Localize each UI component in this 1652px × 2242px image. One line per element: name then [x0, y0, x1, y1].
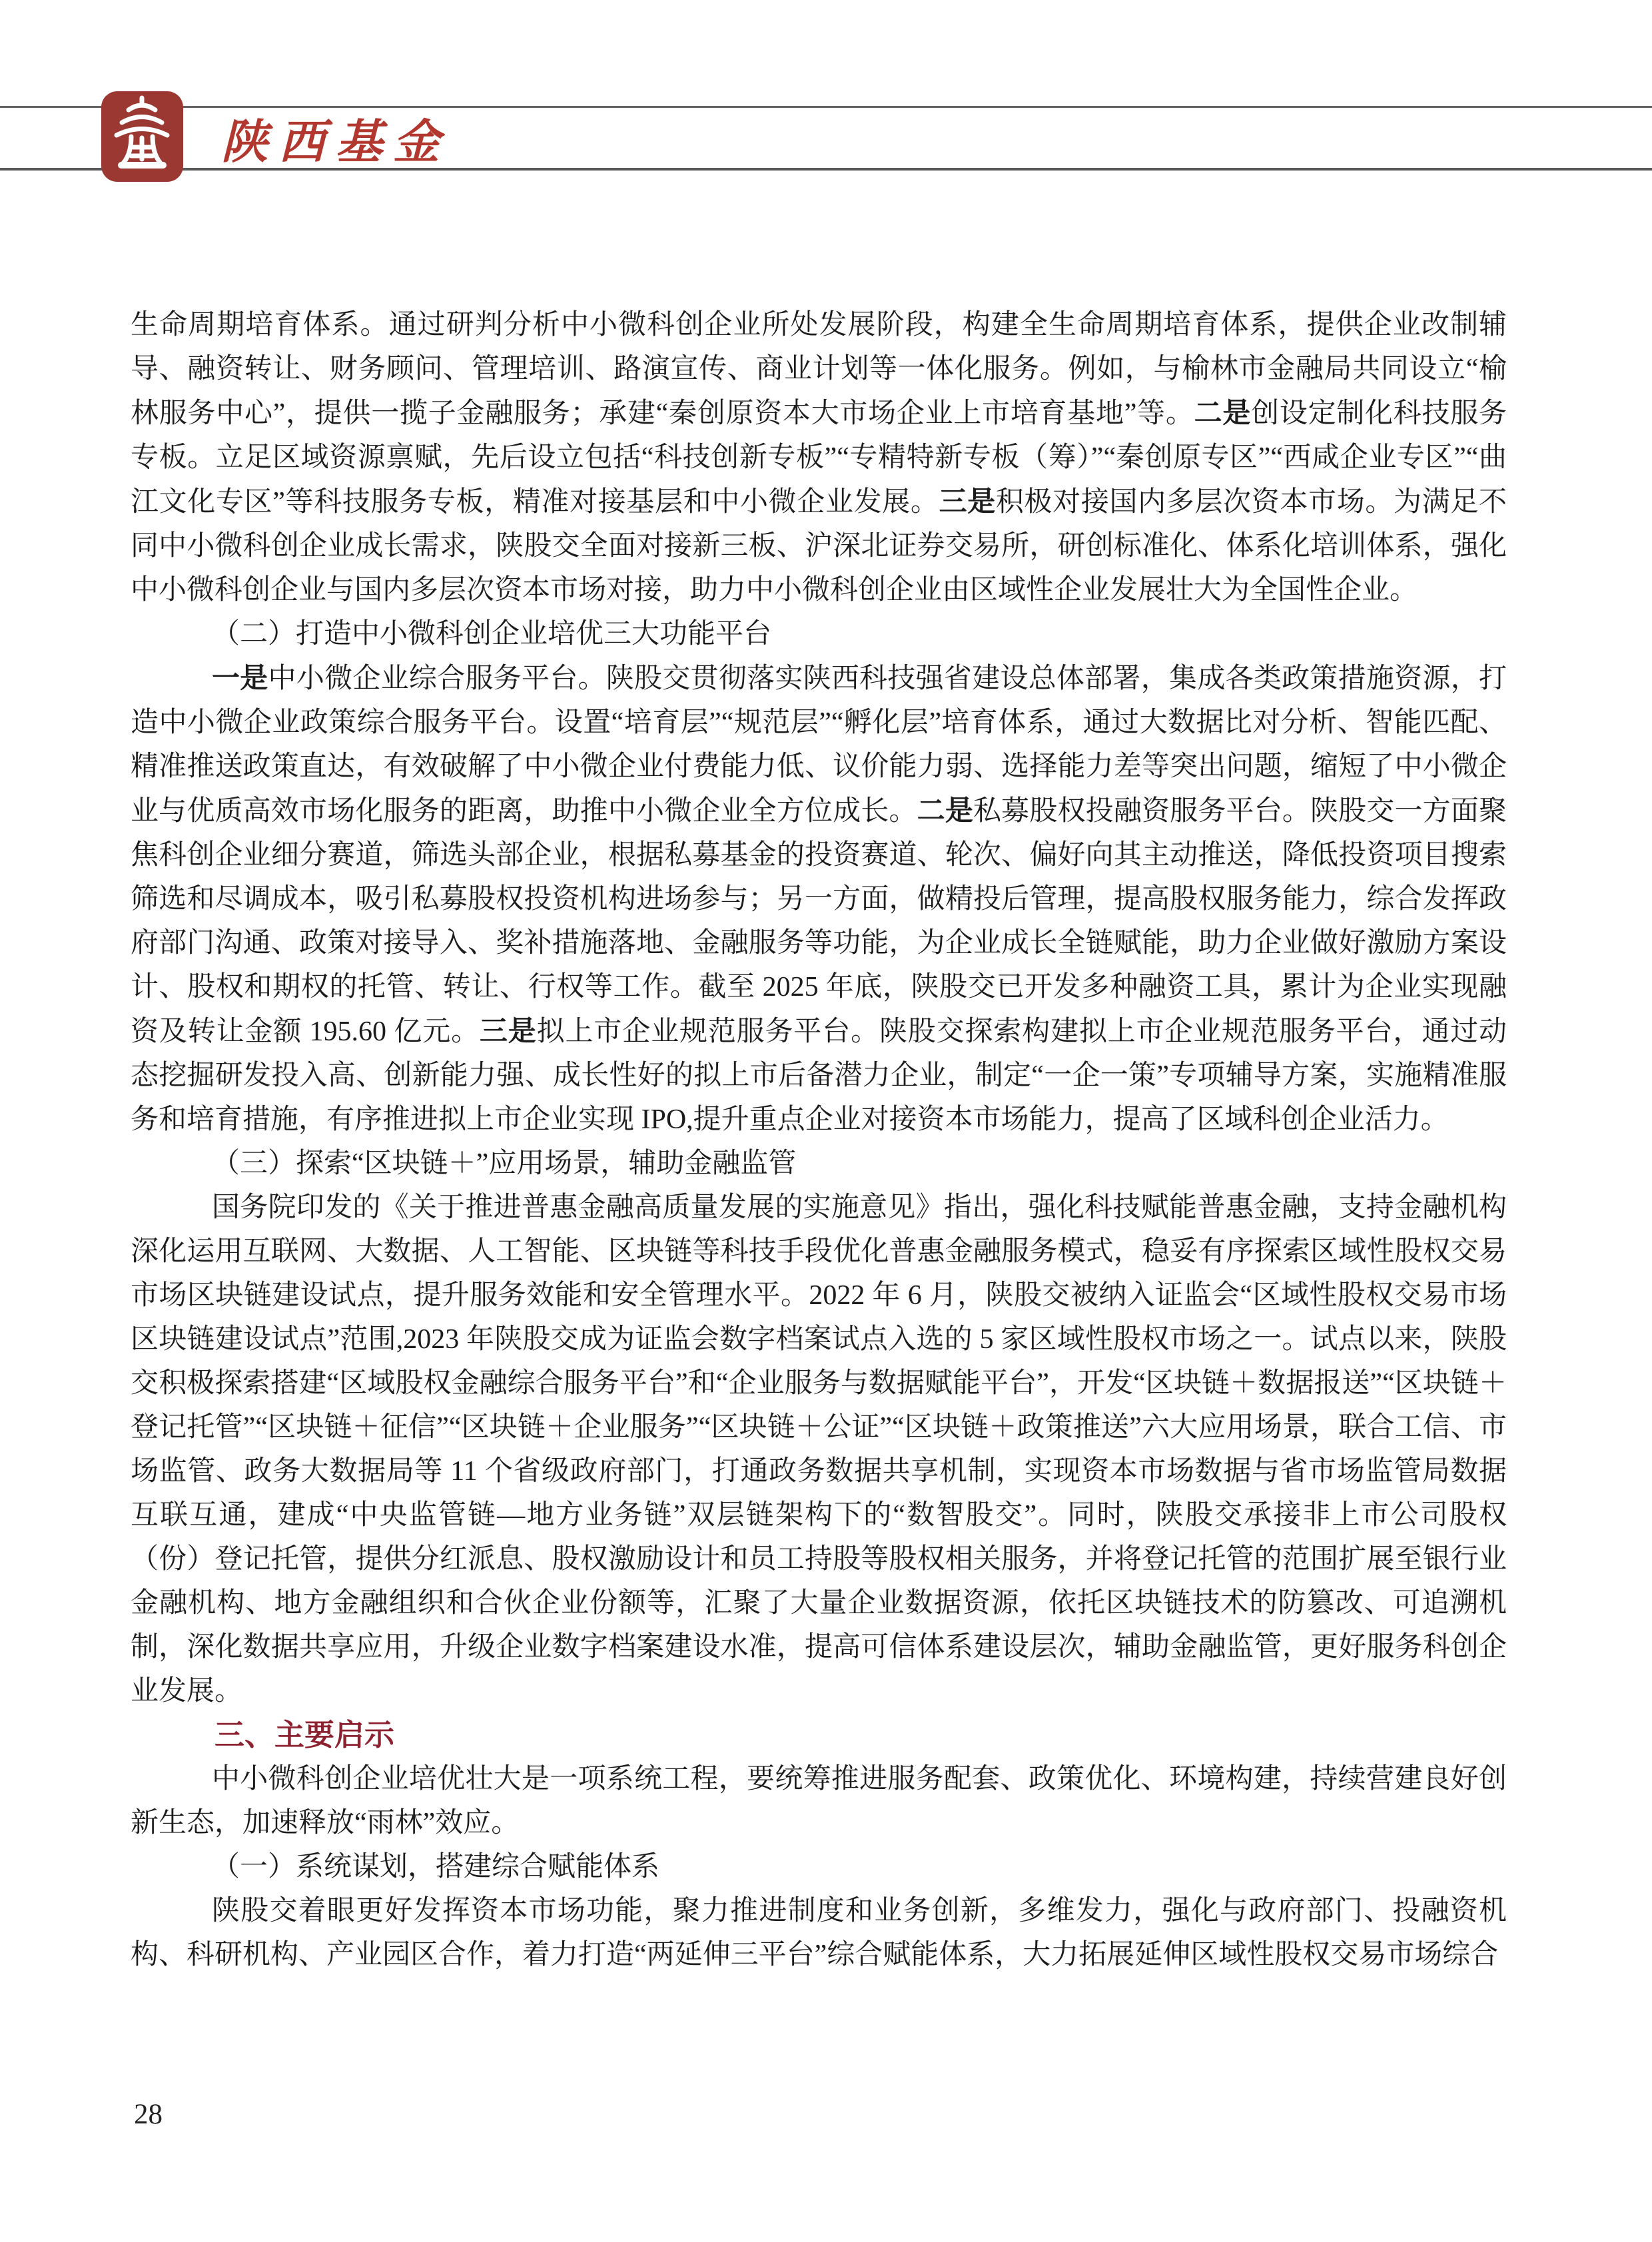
header-top-rule	[0, 106, 1652, 108]
paragraph: （二）打造中小微科创企业培优三大功能平台	[131, 612, 1507, 656]
article: 生命周期培育体系。通过研判分析中小微科创企业所处发展阶段，构建全生命周期培育体系…	[131, 303, 1507, 1977]
emphasis-marker: 三是	[939, 486, 996, 517]
paragraph: 国务院印发的《关于推进普惠金融高质量发展的实施意见》指出，强化科技赋能普惠金融，…	[131, 1186, 1507, 1713]
paragraph: （三）探索“区块链＋”应用场景，辅助金融监管	[131, 1142, 1507, 1186]
paragraph: 生命周期培育体系。通过研判分析中小微科创企业所处发展阶段，构建全生命周期培育体系…	[131, 303, 1507, 612]
text-run: 中小微科创企业培优壮大是一项系统工程，要统筹推进服务配套、政策优化、环境构建，持…	[131, 1764, 1507, 1838]
paragraph: （一）系统谋划，搭建综合赋能体系	[131, 1845, 1507, 1889]
emphasis-marker: 二是	[917, 795, 973, 826]
text-run: 陕股交着眼更好发挥资本市场功能，聚力推进制度和业务创新，多维发力，强化与政府部门…	[131, 1896, 1507, 1970]
paragraph: 一是中小微企业综合服务平台。陕股交贯彻落实陕西科技强省建设总体部署，集成各类政策…	[131, 656, 1507, 1142]
emphasis-marker: 二是	[1194, 397, 1251, 428]
paragraph: 中小微科创企业培优壮大是一项系统工程，要统筹推进服务配套、政策优化、环境构建，持…	[131, 1757, 1507, 1845]
masthead-title: 陕西基金	[221, 112, 450, 172]
page-number: 28	[134, 2098, 163, 2131]
text-run: （三）探索“区块链＋”应用场景，辅助金融监管	[212, 1148, 796, 1179]
text-run: 国务院印发的《关于推进普惠金融高质量发展的实施意见》指出，强化科技赋能普惠金融，…	[131, 1192, 1507, 1706]
section-heading: 三、主要启示	[214, 1713, 1507, 1757]
emphasis-marker: 一是	[212, 662, 268, 693]
text-run: （二）打造中小微科创企业培优三大功能平台	[212, 619, 771, 649]
text-run: 三、主要启示	[214, 1718, 394, 1752]
text-run: （一）系统谋划，搭建综合赋能体系	[212, 1852, 659, 1882]
magazine-page: 陕西基金 生命周期培育体系。通过研判分析中小微科创企业所处发展阶段，构建全生命周…	[0, 0, 1652, 2242]
text-run: 私募股权投融资服务平台。陕股交一方面聚焦科创企业细分赛道，筛选头部企业，根据私募…	[131, 796, 1507, 1047]
emphasis-marker: 三是	[480, 1015, 537, 1046]
paragraph: 陕股交着眼更好发挥资本市场功能，聚力推进制度和业务创新，多维发力，强化与政府部门…	[131, 1889, 1507, 1977]
pagoda-seal-logo-icon	[101, 91, 183, 182]
